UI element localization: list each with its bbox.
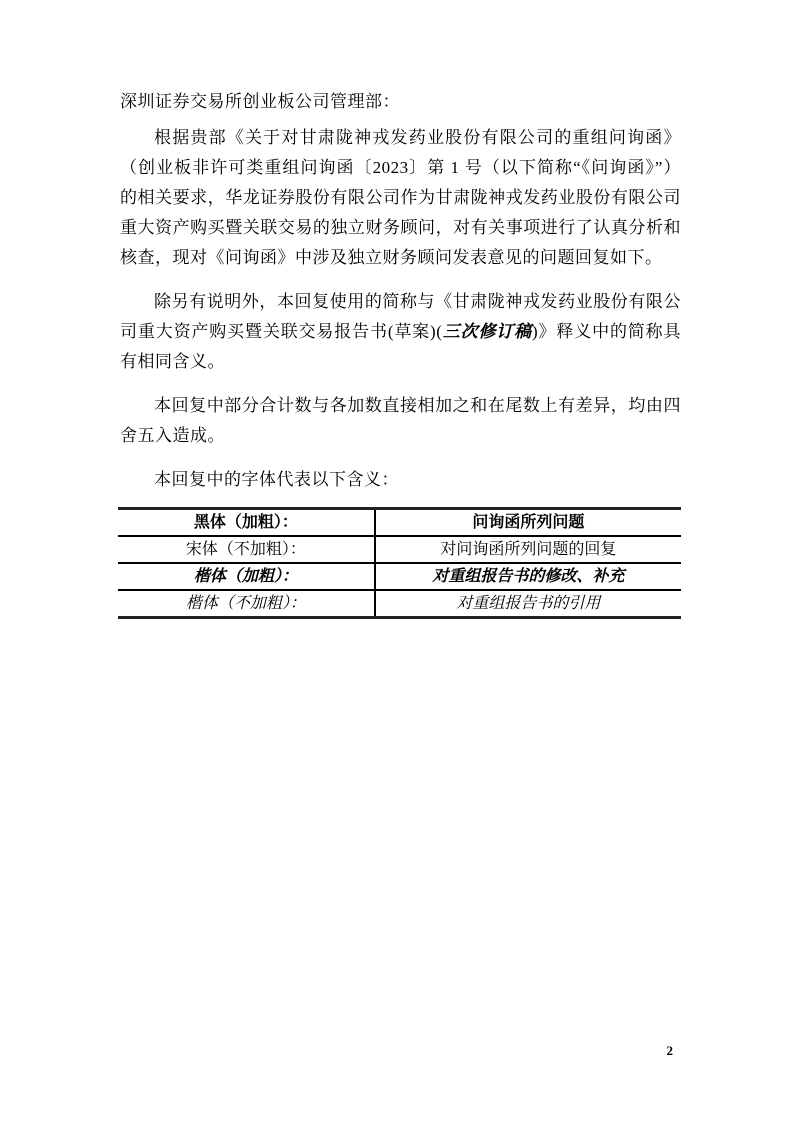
font-meaning-cell: 对重组报告书的修改、补充	[375, 563, 681, 590]
document-content: 深圳证券交易所创业板公司管理部： 根据贵部《关于对甘肃陇神戎发药业股份有限公司的…	[120, 87, 681, 619]
paragraph-intro: 根据贵部《关于对甘肃陇神戎发药业股份有限公司的重组问询函》（创业板非许可类重组问…	[120, 123, 681, 273]
abbreviations-emphasis-third-revision: 三次修订稿	[442, 322, 532, 341]
font-style-cell: 楷体（不加粗）：	[118, 590, 375, 618]
table-row-kaiti-bold: 楷体（加粗）： 对重组报告书的修改、补充	[118, 563, 681, 590]
table-row-songti-regular: 宋体（不加粗）： 对问询函所列问题的回复	[118, 536, 681, 563]
addressee-line: 深圳证券交易所创业板公司管理部：	[120, 87, 681, 117]
font-legend-table: 黑体（加粗）： 问询函所列问题 宋体（不加粗）： 对问询函所列问题的回复 楷体（…	[118, 507, 681, 619]
font-meaning-cell: 对重组报告书的引用	[375, 590, 681, 618]
font-meaning-cell: 问询函所列问题	[375, 509, 681, 537]
document-page: 深圳证券交易所创业板公司管理部： 根据贵部《关于对甘肃陇神戎发药业股份有限公司的…	[0, 0, 793, 1122]
paragraph-rounding: 本回复中部分合计数与各加数直接相加之和在尾数上有差异，均由四舍五入造成。	[120, 391, 681, 451]
table-row-kaiti-regular: 楷体（不加粗）： 对重组报告书的引用	[118, 590, 681, 618]
font-style-cell: 黑体（加粗）：	[118, 509, 375, 537]
font-style-cell: 楷体（加粗）：	[118, 563, 375, 590]
font-legend-table-body: 黑体（加粗）： 问询函所列问题 宋体（不加粗）： 对问询函所列问题的回复 楷体（…	[118, 509, 681, 618]
font-meaning-cell: 对问询函所列问题的回复	[375, 536, 681, 563]
paragraph-font-legend-intro: 本回复中的字体代表以下含义：	[120, 465, 681, 495]
table-row-heiti-bold: 黑体（加粗）： 问询函所列问题	[118, 509, 681, 537]
font-style-cell: 宋体（不加粗）：	[118, 536, 375, 563]
paragraph-abbreviations: 除另有说明外，本回复使用的简称与《甘肃陇神戎发药业股份有限公司重大资产购买暨关联…	[120, 287, 681, 377]
page-number: 2	[667, 1043, 674, 1059]
